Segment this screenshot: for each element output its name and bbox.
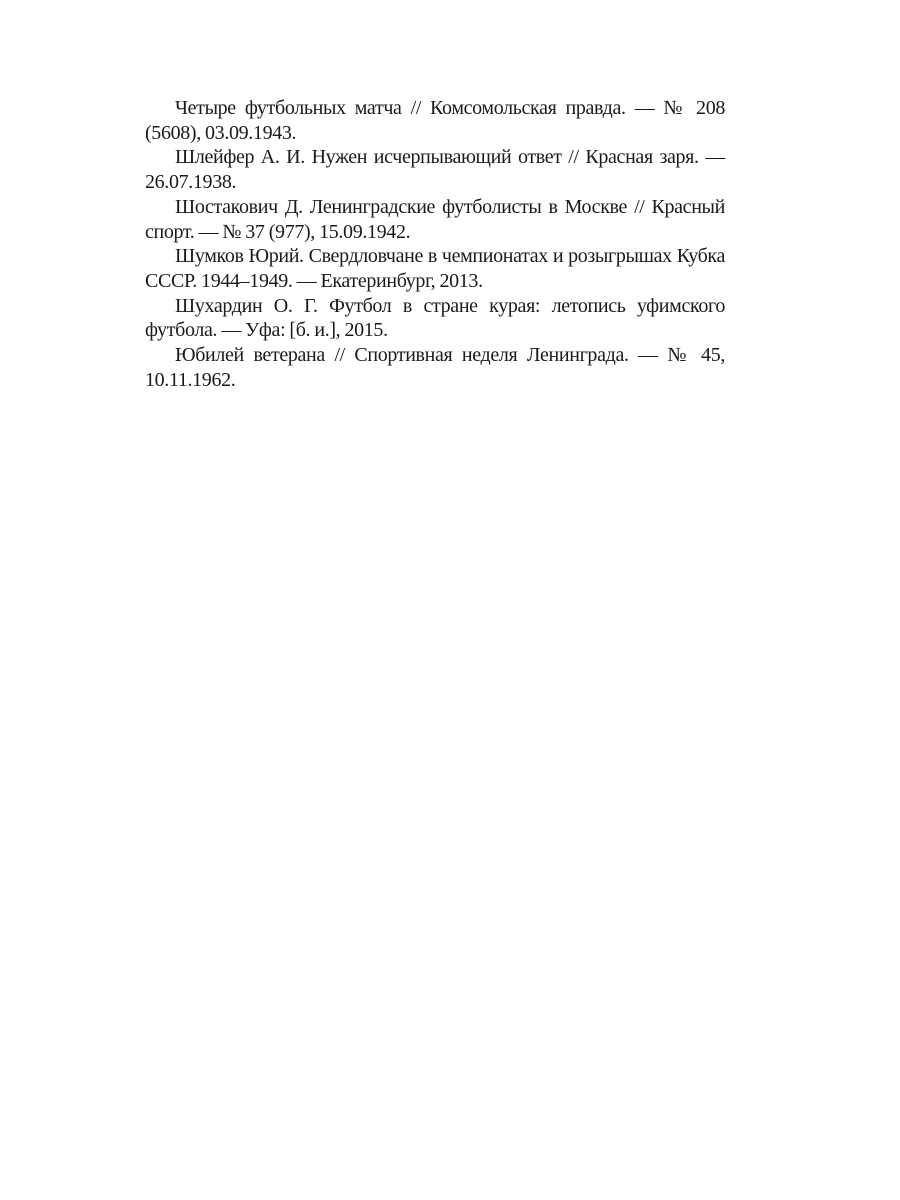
bibliography-page: Четыре футбольных матча // Комсомольская… bbox=[145, 96, 725, 392]
bibliography-entry: Шухардин О. Г. Футбол в стране курая: ле… bbox=[145, 294, 725, 343]
bibliography-entry: Юбилей ветерана // Спортивная неделя Лен… bbox=[145, 343, 725, 392]
bibliography-entry: Шостакович Д. Ленинградские футболисты в… bbox=[145, 195, 725, 244]
bibliography-entry: Шумков Юрий. Свердловчане в чемпионатах … bbox=[145, 244, 725, 293]
bibliography-entry: Четыре футбольных матча // Комсомольская… bbox=[145, 96, 725, 145]
bibliography-entry: Шлейфер А. И. Нужен исчерпывающий ответ … bbox=[145, 145, 725, 194]
